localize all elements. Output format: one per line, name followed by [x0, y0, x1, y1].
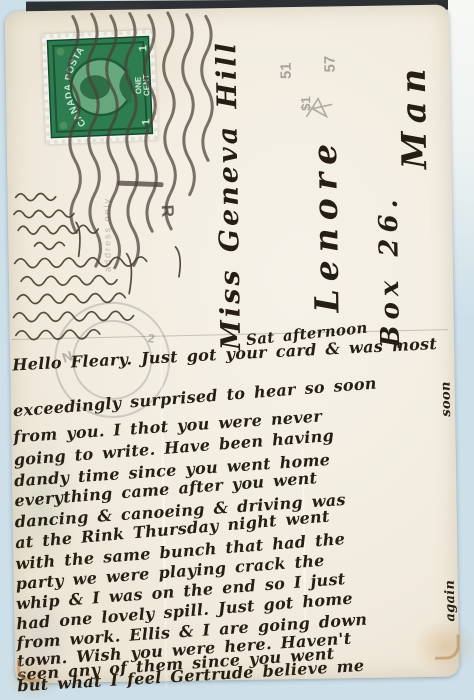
address-box: Box 26.: [374, 193, 406, 348]
cancellation-wavy-lines: R: [35, 7, 279, 281]
pencil-scribble: [302, 90, 347, 125]
address-province: Man: [394, 60, 436, 169]
scanned-postcard-photo: address only N 2 CANADA POSTAGE: [0, 0, 474, 700]
pencil-mark: 51: [278, 62, 295, 79]
edge-overflow-word: again: [443, 580, 459, 622]
address-town: Lenore: [305, 136, 347, 313]
postcard-back: address only N 2 CANADA POSTAGE: [5, 5, 460, 684]
cancellation-letter: R: [158, 204, 178, 217]
pencil-mark: 57: [321, 56, 338, 73]
edge-overflow-word: soon: [439, 381, 455, 417]
worn-corner-right: [435, 634, 460, 659]
